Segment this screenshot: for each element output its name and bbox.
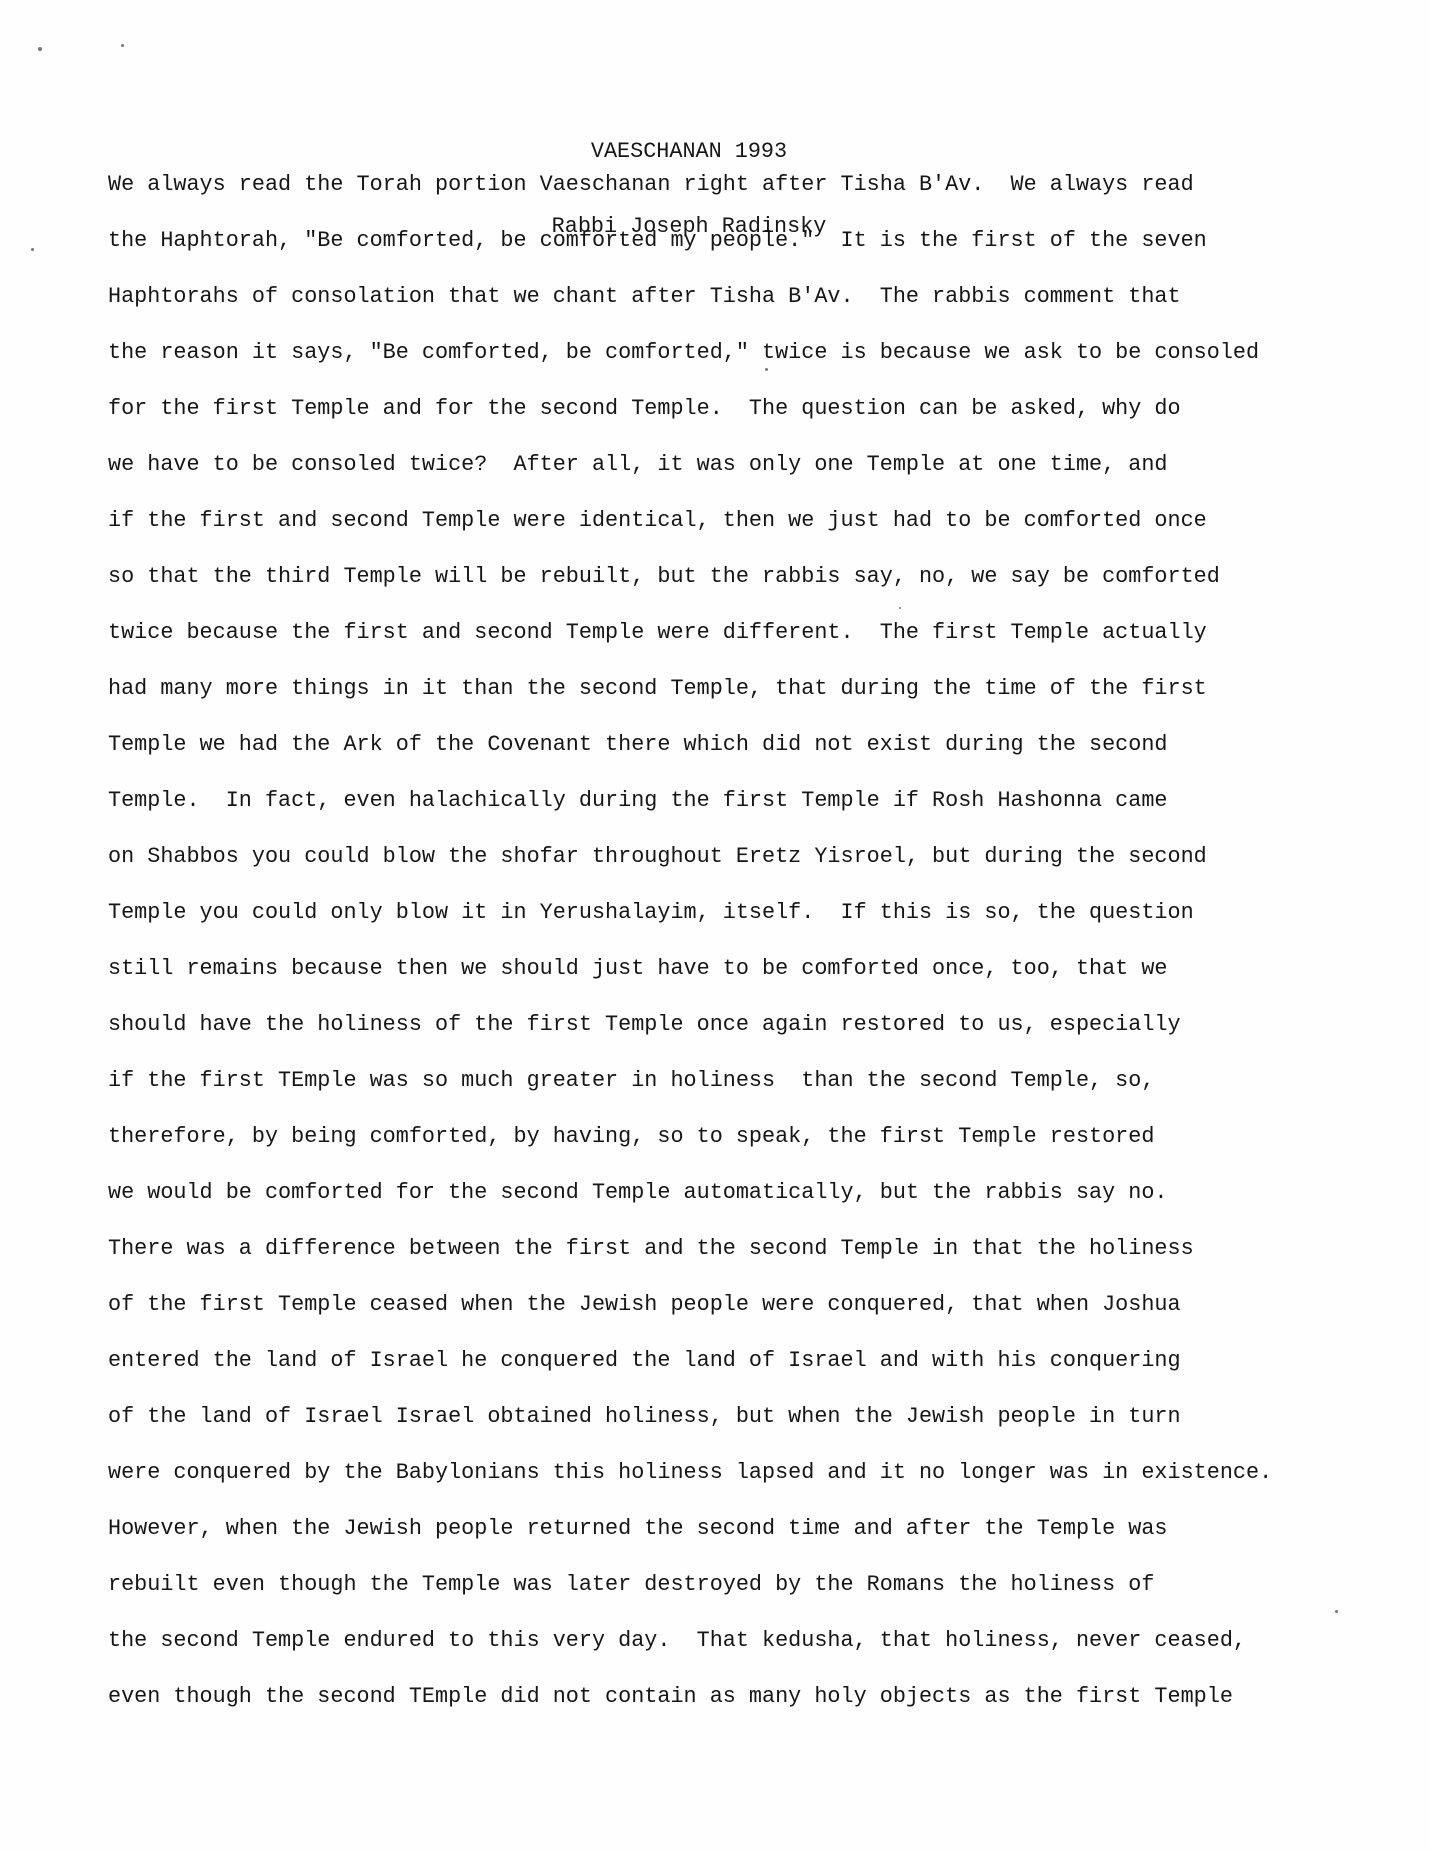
text-line: entered the land of Israel he conquered … [108, 1333, 1272, 1389]
document-page: VAESCHANAN 1993 Rabbi Joseph Radinsky We… [0, 0, 1430, 1851]
scan-speck [31, 248, 34, 251]
text-line: the Haphtorah, "Be comforted, be comfort… [108, 213, 1272, 269]
text-line: However, when the Jewish people returned… [108, 1501, 1272, 1557]
text-line: therefore, by being comforted, by having… [108, 1109, 1272, 1165]
text-line: had many more things in it than the seco… [108, 661, 1272, 717]
text-line: we would be comforted for the second Tem… [108, 1165, 1272, 1221]
text-line: We always read the Torah portion Vaescha… [108, 157, 1272, 213]
text-line: even though the second TEmple did not co… [108, 1669, 1272, 1725]
scan-speck [121, 44, 124, 47]
text-line: were conquered by the Babylonians this h… [108, 1445, 1272, 1501]
text-line: still remains because then we should jus… [108, 941, 1272, 997]
text-line: Temple you could only blow it in Yerusha… [108, 885, 1272, 941]
scan-speck [38, 47, 42, 51]
text-line: for the first Temple and for the second … [108, 381, 1272, 437]
text-line: Haphtorahs of consolation that we chant … [108, 269, 1272, 325]
scan-speck [899, 607, 901, 609]
text-line: if the first and second Temple were iden… [108, 493, 1272, 549]
text-line: on Shabbos you could blow the shofar thr… [108, 829, 1272, 885]
text-line: twice because the first and second Templ… [108, 605, 1272, 661]
scan-speck [765, 368, 768, 371]
text-line: the second Temple endured to this very d… [108, 1613, 1272, 1669]
text-line: Temple. In fact, even halachically durin… [108, 773, 1272, 829]
text-line: of the first Temple ceased when the Jewi… [108, 1277, 1272, 1333]
text-line: if the first TEmple was so much greater … [108, 1053, 1272, 1109]
text-line: Temple we had the Ark of the Covenant th… [108, 717, 1272, 773]
text-line: so that the third Temple will be rebuilt… [108, 549, 1272, 605]
document-body: We always read the Torah portion Vaescha… [108, 157, 1272, 1725]
text-line: of the land of Israel Israel obtained ho… [108, 1389, 1272, 1445]
text-line: rebuilt even though the Temple was later… [108, 1557, 1272, 1613]
text-line: we have to be consoled twice? After all,… [108, 437, 1272, 493]
scan-speck [1335, 1610, 1338, 1613]
text-line: the reason it says, "Be comforted, be co… [108, 325, 1272, 381]
text-line: should have the holiness of the first Te… [108, 997, 1272, 1053]
text-line: There was a difference between the first… [108, 1221, 1272, 1277]
